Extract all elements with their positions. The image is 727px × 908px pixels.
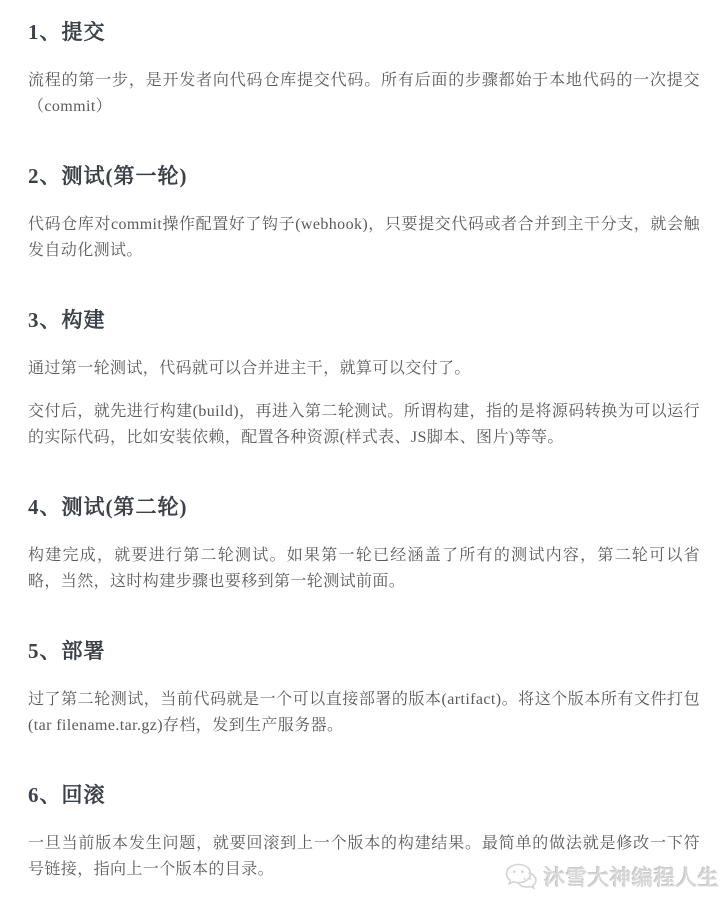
section-heading: 6、回滚: [28, 781, 700, 809]
section-heading: 5、部署: [28, 637, 700, 665]
section-heading: 4、测试(第二轮): [28, 493, 700, 521]
wechat-bubbles-icon: [502, 860, 540, 894]
section-heading: 2、测试(第一轮): [28, 162, 700, 190]
section-paragraph: 过了第二轮测试，当前代码就是一个可以直接部署的版本(artifact)。将这个版…: [28, 687, 700, 739]
section-deploy: 5、部署 过了第二轮测试，当前代码就是一个可以直接部署的版本(artifact)…: [28, 637, 700, 739]
section-heading: 3、构建: [28, 306, 700, 334]
section-paragraph: 代码仓库对commit操作配置好了钩子(webhook)，只要提交代码或者合并到…: [28, 212, 700, 264]
article-body: 1、提交 流程的第一步，是开发者向代码仓库提交代码。所有后面的步骤都始于本地代码…: [0, 0, 727, 883]
watermark-text: 沐雪大神编程人生: [544, 862, 720, 892]
section-paragraph: 通过第一轮测试，代码就可以合并进主干，就算可以交付了。: [28, 356, 700, 382]
section-paragraph: 交付后，就先进行构建(build)，再进入第二轮测试。所谓构建，指的是将源码转换…: [28, 399, 700, 451]
section-test-round2: 4、测试(第二轮) 构建完成，就要进行第二轮测试。如果第一轮已经涵盖了所有的测试…: [28, 493, 700, 595]
section-paragraph: 构建完成，就要进行第二轮测试。如果第一轮已经涵盖了所有的测试内容，第二轮可以省略…: [28, 543, 700, 595]
watermark: 沐雪大神编程人生: [502, 860, 720, 894]
article-page: 1、提交 流程的第一步，是开发者向代码仓库提交代码。所有后面的步骤都始于本地代码…: [0, 0, 727, 908]
section-commit: 1、提交 流程的第一步，是开发者向代码仓库提交代码。所有后面的步骤都始于本地代码…: [28, 18, 700, 120]
section-heading: 1、提交: [28, 18, 700, 46]
section-build: 3、构建 通过第一轮测试，代码就可以合并进主干，就算可以交付了。 交付后，就先进…: [28, 306, 700, 451]
section-test-round1: 2、测试(第一轮) 代码仓库对commit操作配置好了钩子(webhook)，只…: [28, 162, 700, 264]
section-paragraph: 流程的第一步，是开发者向代码仓库提交代码。所有后面的步骤都始于本地代码的一次提交…: [28, 68, 700, 120]
